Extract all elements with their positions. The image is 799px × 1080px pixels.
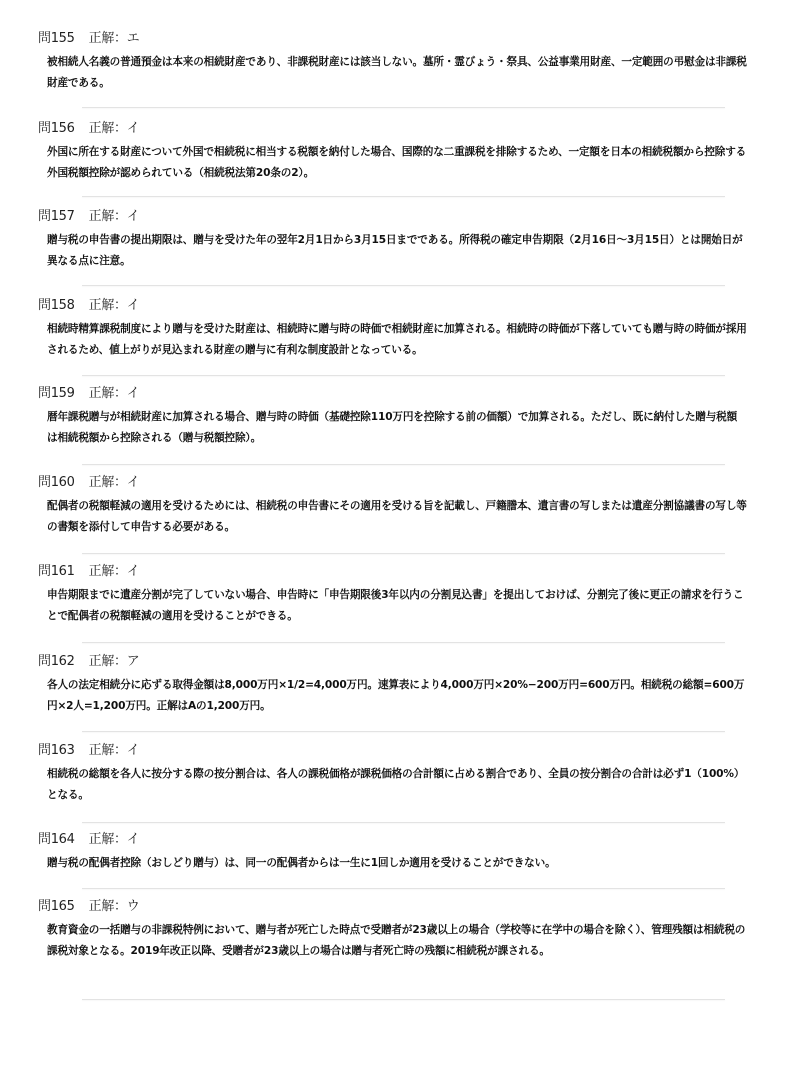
explanation-text: 相続時精算課税制度により贈与を受けた財産は、相続時に贈与時の時価で相続財産に加算… bbox=[47, 319, 747, 361]
correct-answer: 正解：イ bbox=[89, 742, 140, 760]
explanation-text: 暦年課税贈与が相続財産に加算される場合、贈与時の時価（基礎控除110万円を控除す… bbox=[47, 407, 747, 449]
divider bbox=[82, 375, 725, 376]
question-158: 問158正解：イ 相続時精算課税制度により贈与を受けた財産は、相続時に贈与時の時… bbox=[38, 297, 758, 361]
question-heading: 問163正解：イ bbox=[38, 742, 758, 760]
question-number: 問161 bbox=[38, 563, 75, 581]
question-number: 問160 bbox=[38, 474, 75, 492]
question-161: 問161正解：イ 申告期限までに遺産分割が完了していない場合、申告時に「申告期限… bbox=[38, 563, 758, 627]
question-heading: 問157正解：イ bbox=[38, 208, 758, 226]
question-heading: 問156正解：イ bbox=[38, 120, 758, 138]
explanation-text: 申告期限までに遺産分割が完了していない場合、申告時に「申告期限後3年以内の分割見… bbox=[47, 585, 747, 627]
divider bbox=[82, 822, 725, 823]
question-heading: 問162正解：ア bbox=[38, 653, 758, 671]
question-heading: 問160正解：イ bbox=[38, 474, 758, 492]
question-heading: 問155正解：エ bbox=[38, 30, 758, 48]
question-heading: 問164正解：イ bbox=[38, 831, 758, 849]
divider bbox=[82, 107, 725, 108]
divider bbox=[82, 999, 725, 1000]
question-number: 問156 bbox=[38, 120, 75, 138]
question-number: 問165 bbox=[38, 898, 75, 916]
divider bbox=[82, 464, 725, 465]
question-157: 問157正解：イ 贈与税の申告書の提出期限は、贈与を受けた年の翌年2月1日から3… bbox=[38, 208, 758, 272]
explanation-text: 贈与税の申告書の提出期限は、贈与を受けた年の翌年2月1日から3月15日までである… bbox=[47, 230, 747, 272]
correct-answer: 正解：エ bbox=[89, 30, 140, 48]
question-160: 問160正解：イ 配偶者の税額軽減の適用を受けるためには、相続税の申告書にその適… bbox=[38, 474, 758, 538]
explanation-text: 贈与税の配偶者控除（おしどり贈与）は、同一の配偶者からは一生に1回しか適用を受け… bbox=[47, 853, 747, 874]
explanation-text: 教育資金の一括贈与の非課税特例において、贈与者が死亡した時点で受贈者が23歳以上… bbox=[47, 920, 747, 962]
correct-answer: 正解：イ bbox=[89, 208, 140, 226]
divider bbox=[82, 196, 725, 197]
question-number: 問157 bbox=[38, 208, 75, 226]
question-heading: 問159正解：イ bbox=[38, 385, 758, 403]
explanation-text: 被相続人名義の普通預金は本来の相続財産であり、非課税財産には該当しない。墓所・霊… bbox=[47, 52, 747, 94]
correct-answer: 正解：ア bbox=[89, 653, 140, 671]
question-number: 問159 bbox=[38, 385, 75, 403]
question-heading: 問161正解：イ bbox=[38, 563, 758, 581]
correct-answer: 正解：ウ bbox=[89, 898, 140, 916]
explanation-text: 相続税の総額を各人に按分する際の按分割合は、各人の課税価格が課税価格の合計額に占… bbox=[47, 764, 747, 806]
explanation-text: 配偶者の税額軽減の適用を受けるためには、相続税の申告書にその適用を受ける旨を記載… bbox=[47, 496, 747, 538]
correct-answer: 正解：イ bbox=[89, 831, 140, 849]
explanation-text: 各人の法定相続分に応ずる取得金額は8,000万円×1/2=4,000万円。速算表… bbox=[47, 675, 747, 717]
question-number: 問155 bbox=[38, 30, 75, 48]
question-number: 問158 bbox=[38, 297, 75, 315]
question-162: 問162正解：ア 各人の法定相続分に応ずる取得金額は8,000万円×1/2=4,… bbox=[38, 653, 758, 717]
divider bbox=[82, 553, 725, 554]
question-155: 問155正解：エ 被相続人名義の普通預金は本来の相続財産であり、非課税財産には該… bbox=[38, 30, 758, 94]
question-165: 問165正解：ウ 教育資金の一括贈与の非課税特例において、贈与者が死亡した時点で… bbox=[38, 898, 758, 962]
question-156: 問156正解：イ 外国に所在する財産について外国で相続税に相当する税額を納付した… bbox=[38, 120, 758, 184]
question-number: 問163 bbox=[38, 742, 75, 760]
correct-answer: 正解：イ bbox=[89, 120, 140, 138]
question-number: 問162 bbox=[38, 653, 75, 671]
correct-answer: 正解：イ bbox=[89, 297, 140, 315]
divider bbox=[82, 731, 725, 732]
divider bbox=[82, 642, 725, 643]
answer-explanations-page: 問155正解：エ 被相続人名義の普通預金は本来の相続財産であり、非課税財産には該… bbox=[0, 0, 799, 1080]
correct-answer: 正解：イ bbox=[89, 474, 140, 492]
divider bbox=[82, 285, 725, 286]
question-number: 問164 bbox=[38, 831, 75, 849]
divider bbox=[82, 888, 725, 889]
correct-answer: 正解：イ bbox=[89, 385, 140, 403]
question-164: 問164正解：イ 贈与税の配偶者控除（おしどり贈与）は、同一の配偶者からは一生に… bbox=[38, 831, 758, 874]
correct-answer: 正解：イ bbox=[89, 563, 140, 581]
question-heading: 問165正解：ウ bbox=[38, 898, 758, 916]
question-163: 問163正解：イ 相続税の総額を各人に按分する際の按分割合は、各人の課税価格が課… bbox=[38, 742, 758, 806]
explanation-text: 外国に所在する財産について外国で相続税に相当する税額を納付した場合、国際的な二重… bbox=[47, 142, 747, 184]
question-159: 問159正解：イ 暦年課税贈与が相続財産に加算される場合、贈与時の時価（基礎控除… bbox=[38, 385, 758, 449]
question-heading: 問158正解：イ bbox=[38, 297, 758, 315]
